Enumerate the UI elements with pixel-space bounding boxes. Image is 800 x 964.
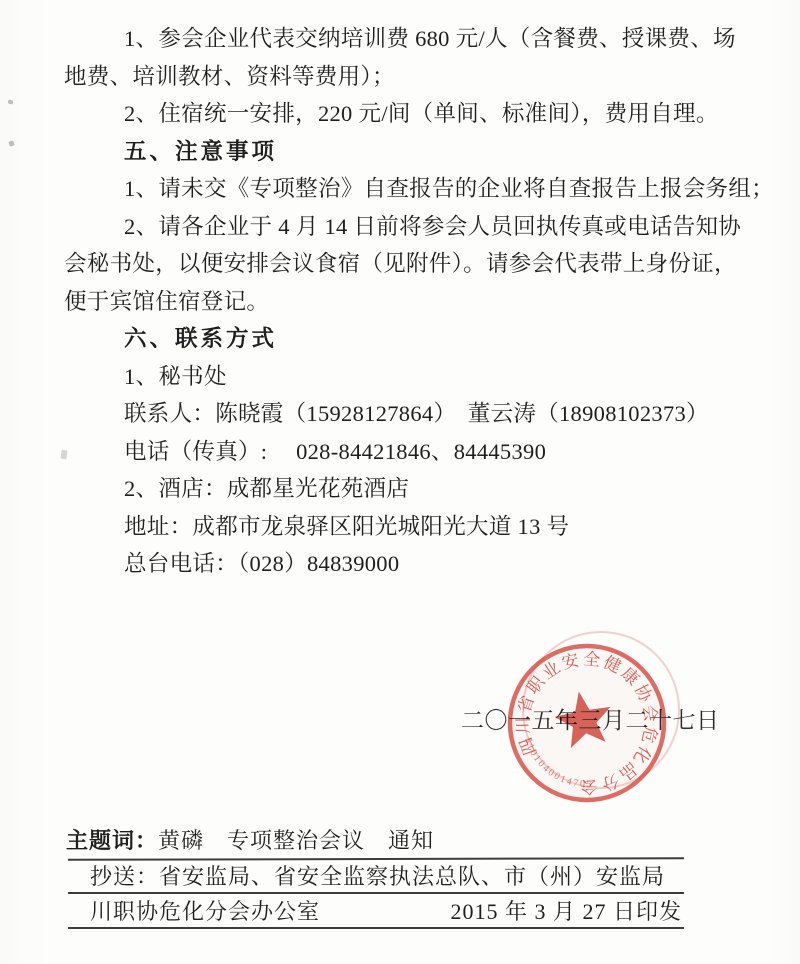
body-line-note2-wrap: 会秘书处，以便安排会议食宿（见附件）。请参会代表带上身份证， (64, 245, 764, 283)
print-date: 2015 年 3 月 27 日印发 (450, 899, 682, 925)
cc-value: 省安监局、省安全监察执法总队、市（州）安监局 (159, 864, 665, 889)
issue-date: 二〇一五年三月二十七日 (461, 702, 720, 735)
footer-divider-middle (68, 892, 684, 894)
section-heading-notes: 五、注意事项 (64, 133, 764, 171)
body-line-hotel: 2、酒店：成都星光花苑酒店 (64, 470, 764, 508)
body-line-front-desk: 总台电话：（028）84839000 (64, 545, 764, 583)
body-line-note2-end: 便于宾馆住宿登记。 (64, 283, 764, 321)
body-line-address: 地址：成都市龙泉驿区阳光城阳光大道 13 号 (64, 508, 764, 546)
body-line-note1: 1、请未交《专项整治》自查报告的企业将自查报告上报会务组； (64, 170, 764, 208)
scan-speck (8, 100, 14, 105)
cc-label: 抄送： (90, 864, 159, 889)
body-line-fee: 1、参会企业代表交纳培训费 680 元/人（含餐费、授课费、场 (64, 20, 764, 58)
body-line-fee-wrap: 地费、培训教材、资料等费用）； (64, 58, 764, 96)
subject-keywords-row: 主题词：黄磷 专项整治会议 通知 (66, 828, 434, 854)
body-line-secretariat: 1、秘书处 (64, 358, 764, 396)
body-line-contacts: 联系人：陈晓霞（15928127864） 董云涛（18908102373） (64, 395, 764, 433)
body-line-lodging: 2、住宿统一安排，220 元/间（单间、标准间），费用自理。 (64, 95, 764, 133)
subject-keywords-label: 主题词： (66, 828, 158, 853)
notice-body: 1、参会企业代表交纳培训费 680 元/人（含餐费、授课费、场 地费、培训教材、… (64, 20, 764, 583)
document-page: 1、参会企业代表交纳培训费 680 元/人（含餐费、授课费、场 地费、培训教材、… (0, 0, 800, 964)
subject-keywords-value: 黄磷 专项整治会议 通知 (158, 828, 434, 853)
body-line-note2: 2、请各企业于 4 月 14 日前将参会人员回执传真或电话告知协 (64, 208, 764, 246)
scan-speck (60, 450, 67, 460)
section-heading-contact: 六、联系方式 (64, 320, 764, 358)
body-line-phone-fax: 电话（传真）: 028-84421846、84445390 (64, 433, 764, 471)
issuing-office: 川职协危化分会办公室 (90, 899, 320, 925)
scan-speck (8, 140, 14, 146)
footer-divider-bottom (68, 927, 684, 929)
footer-divider-top (68, 857, 684, 861)
cc-row: 抄送：省安监局、省安全监察执法总队、市（州）安监局 (90, 864, 665, 890)
